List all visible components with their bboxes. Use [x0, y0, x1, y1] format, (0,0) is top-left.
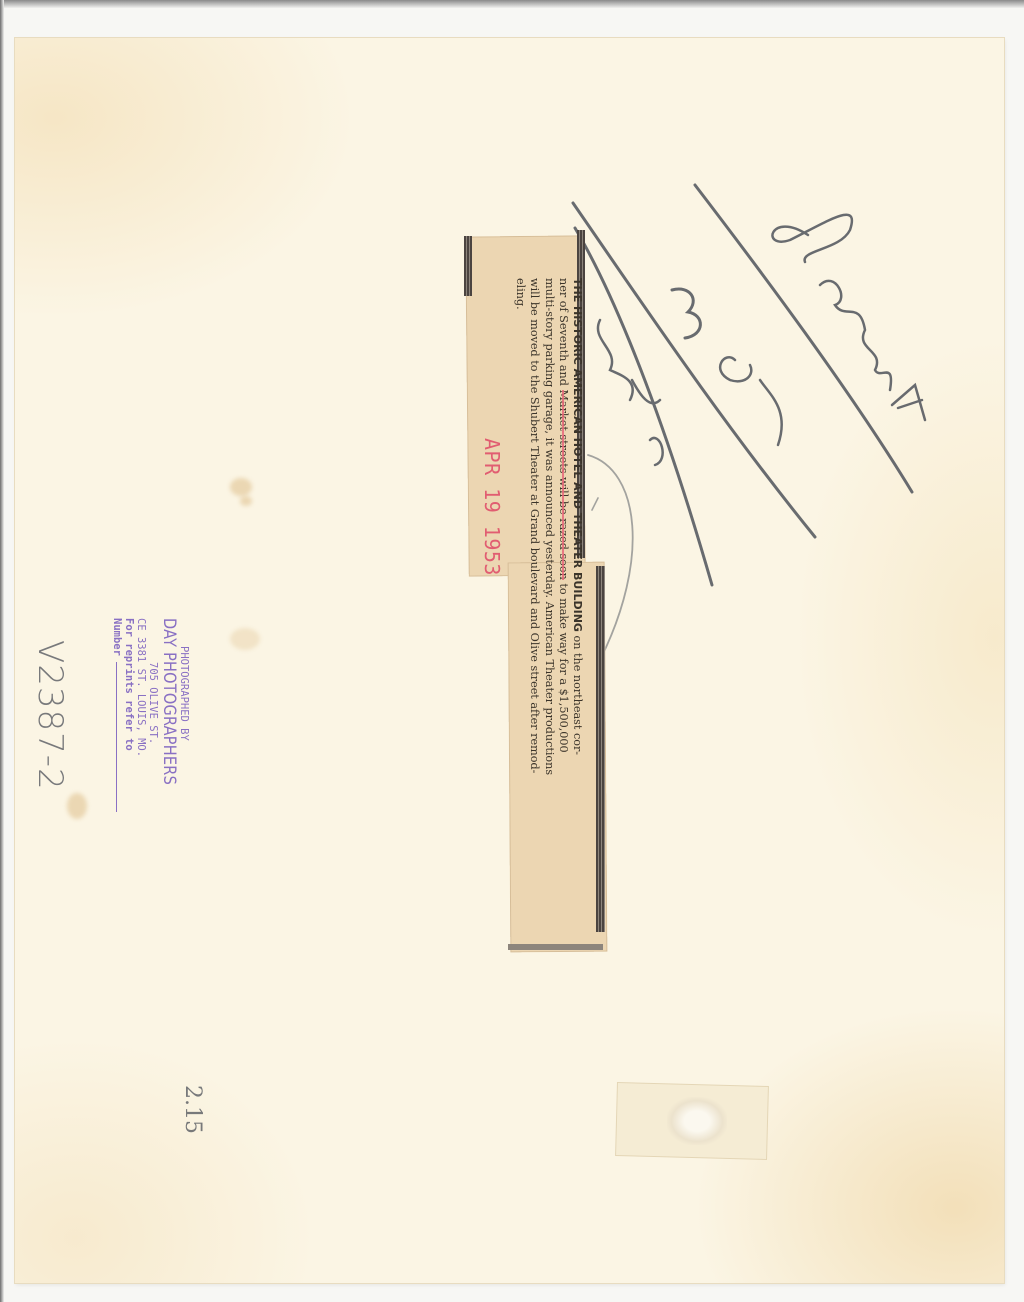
stamp-studio-name: DAY PHOTOGRAPHERS — [159, 618, 178, 785]
clipping-line: will be moved to the Shubert Theater at … — [527, 278, 541, 775]
tape-remnant — [616, 1083, 768, 1159]
stamp-number-line — [116, 662, 117, 812]
tape-tear — [666, 1096, 727, 1146]
stamp-address: 705 OLIVE ST. — [147, 662, 159, 814]
clipping-edge — [596, 566, 605, 932]
photographer-stamp: PHOTOGRAPHED BY DAY PHOTOGRAPHERS 705 OL… — [111, 618, 190, 814]
clipping-line: eling. — [513, 278, 527, 775]
pencil-line-3 — [575, 228, 712, 585]
clipping-text: THE HISTORIC AMERICAN HOTEL AND THEATER … — [513, 278, 584, 775]
stamp-number-label: Number — [111, 618, 123, 656]
red-pencil-underline — [562, 390, 564, 580]
clipping-line: multi-story parking garage, it was annou… — [541, 278, 555, 775]
handwritten-ref-number: V2387-2 — [30, 640, 70, 791]
date-stamp: APR 19 1953 — [480, 438, 504, 576]
clipping-edge — [508, 944, 603, 950]
clipping-headline: THE HISTORIC AMERICAN HOTEL AND THEATER … — [571, 278, 584, 632]
clipping-line: on the northeast cor- — [571, 632, 584, 755]
stamp-city: CE 3381 ST. LOUIS, MO. — [135, 618, 147, 814]
stamp-line: PHOTOGRAPHED BY — [178, 646, 190, 814]
clipping-edge — [464, 236, 472, 296]
stamp-reprints: For reprints refer to — [123, 618, 135, 814]
handwritten-small-note: 2.15 — [180, 1085, 205, 1134]
